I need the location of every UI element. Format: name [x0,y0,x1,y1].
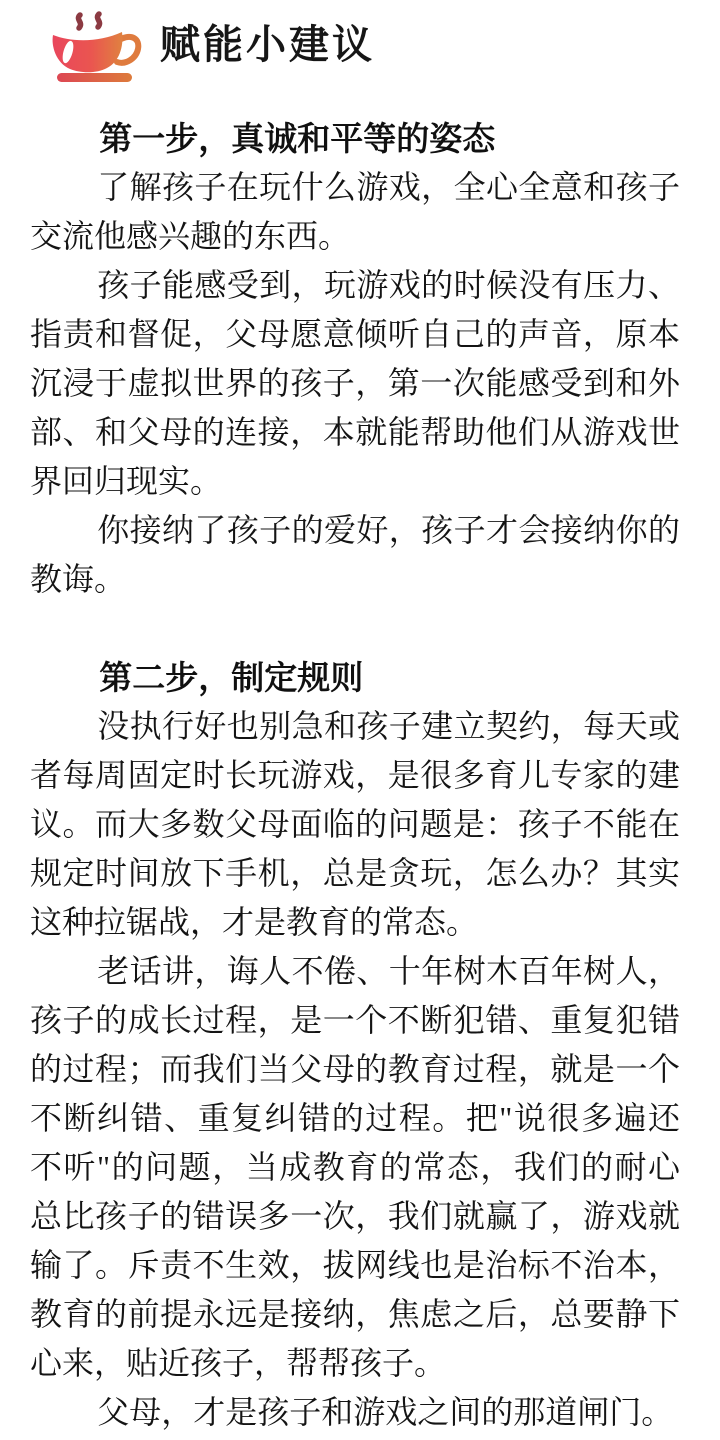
paragraph: 了解孩子在玩什么游戏，全心全意和孩子交流他感兴趣的东西。 [30,163,680,261]
section-step-2: 第二步，制定规则 没执行好也别急和孩子建立契约，每天或者每周固定时长玩游戏，是很… [30,653,680,1437]
paragraph: 父母，才是孩子和游戏之间的那道闸门。 [30,1388,680,1437]
paragraph: 你接纳了孩子的爱好，孩子才会接纳你的教诲。 [30,506,680,604]
cup-saucer [57,73,132,82]
paragraph: 老话讲，诲人不倦、十年树木百年树人，孩子的成长过程，是一个不断犯错、重复犯错的过… [30,947,680,1388]
section-1-heading: 第一步，真诚和平等的姿态 [30,114,680,163]
coffee-cup-icon [46,11,144,83]
section-2-heading: 第二步，制定规则 [30,653,680,702]
article-body: 第一步，真诚和平等的姿态 了解孩子在玩什么游戏，全心全意和孩子交流他感兴趣的东西… [0,114,720,1437]
paragraph: 没执行好也别急和孩子建立契约，每天或者每周固定时长玩游戏，是很多育儿专家的建议。… [30,702,680,947]
paragraph: 孩子能感受到，玩游戏的时候没有压力、指责和督促，父母愿意倾听自己的声音，原本沉浸… [30,261,680,506]
page-title: 赋能小建议 [160,25,375,69]
steam-icon [78,15,80,28]
coffee-cup-icon-svg [46,11,144,83]
steam-icon [97,14,99,27]
cup-body [53,32,123,72]
section-step-1: 第一步，真诚和平等的姿态 了解孩子在玩什么游戏，全心全意和孩子交流他感兴趣的东西… [30,114,680,604]
article-header: 赋能小建议 [0,0,720,84]
article-page: 赋能小建议 第一步，真诚和平等的姿态 了解孩子在玩什么游戏，全心全意和孩子交流他… [0,0,720,1440]
